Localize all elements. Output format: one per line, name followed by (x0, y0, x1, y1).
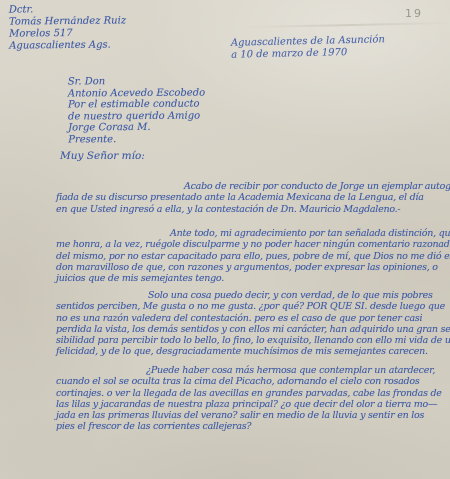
letter-line: no es una razón valedera del contestació… (56, 313, 448, 324)
letter-line: del mismo, por no estar capacitado para … (56, 251, 448, 262)
letter-page: Dctr.Tomás Hernández RuizMorelos 517Agua… (0, 0, 450, 479)
letter-line: juicios que de mis semejantes tengo. (56, 273, 448, 284)
dateline-block: Aguascalientes de la Asuncióna 10 de mar… (231, 34, 386, 60)
letter-line: Por el estimable conducto (68, 99, 205, 112)
letter-line: don maravilloso de que, con razones y ar… (56, 262, 448, 273)
paragraph-4: ¿Puede haber cosa más hermosa que contem… (56, 365, 448, 433)
letter-line: felicidad, y de lo que, desgraciadamente… (56, 346, 448, 357)
paragraph-2: Ante todo, mi agradecimiento por tan señ… (56, 228, 448, 284)
letter-line: en que Usted ingresó a ella, y la contes… (56, 204, 448, 215)
letter-line: sentidos perciben, Me gusta o no me gust… (56, 301, 448, 312)
salutation: Muy Señor mío: (60, 150, 145, 162)
letter-line: me honra, a la vez, ruégole disculparme … (56, 239, 448, 250)
letter-line: Acabo de recibir por conducto de Jorge u… (56, 181, 448, 192)
letter-line: ¿Puede haber cosa más hermosa que contem… (56, 365, 448, 376)
sender-block: Dctr.Tomás Hernández RuizMorelos 517Agua… (9, 3, 127, 52)
letter-line: Ante todo, mi agradecimiento por tan señ… (56, 228, 448, 239)
addressee-block: Sr. DonAntonio Acevedo EscobedoPor el es… (68, 76, 206, 147)
letter-line: jada en las primeras lluvias del verano?… (56, 410, 448, 421)
letter-line: Jorge Corasa M. (68, 122, 205, 135)
paragraph-3: Solo una cosa puedo decir, y con verdad,… (56, 290, 448, 358)
letter-line: Tomás Hernández Ruiz (9, 15, 126, 28)
letter-line: Antonio Acevedo Escobedo (68, 87, 205, 100)
paragraph-1: Acabo de recibir por conducto de Jorge u… (56, 181, 448, 215)
letter-line: sibilidad para percibir todo lo bello, l… (56, 335, 448, 346)
letter-line: cortinajes. o ver la llegada de las avec… (56, 388, 448, 399)
letter-line: Sr. Don (68, 76, 205, 89)
letter-line: fiada de su discurso presentado ante la … (56, 192, 448, 203)
letter-line: cuando el sol se oculta tras la cima del… (56, 376, 448, 387)
letter-line: perdida la vista, los demás sentidos y c… (56, 324, 448, 335)
letter-line: las lilas y jacarandas de nuestra plaza … (56, 399, 448, 410)
letter-line: de nuestro querido Amigo (68, 110, 205, 123)
letter-line: Presente. (68, 133, 205, 146)
letter-line: pies el frescor de las corrientes callej… (56, 421, 448, 432)
paper-crease (248, 22, 450, 28)
letter-line: Aguascalientes Ags. (9, 39, 126, 52)
letter-line: Solo una cosa puedo decir, y con verdad,… (56, 290, 448, 301)
page-number: 19 (405, 7, 423, 20)
